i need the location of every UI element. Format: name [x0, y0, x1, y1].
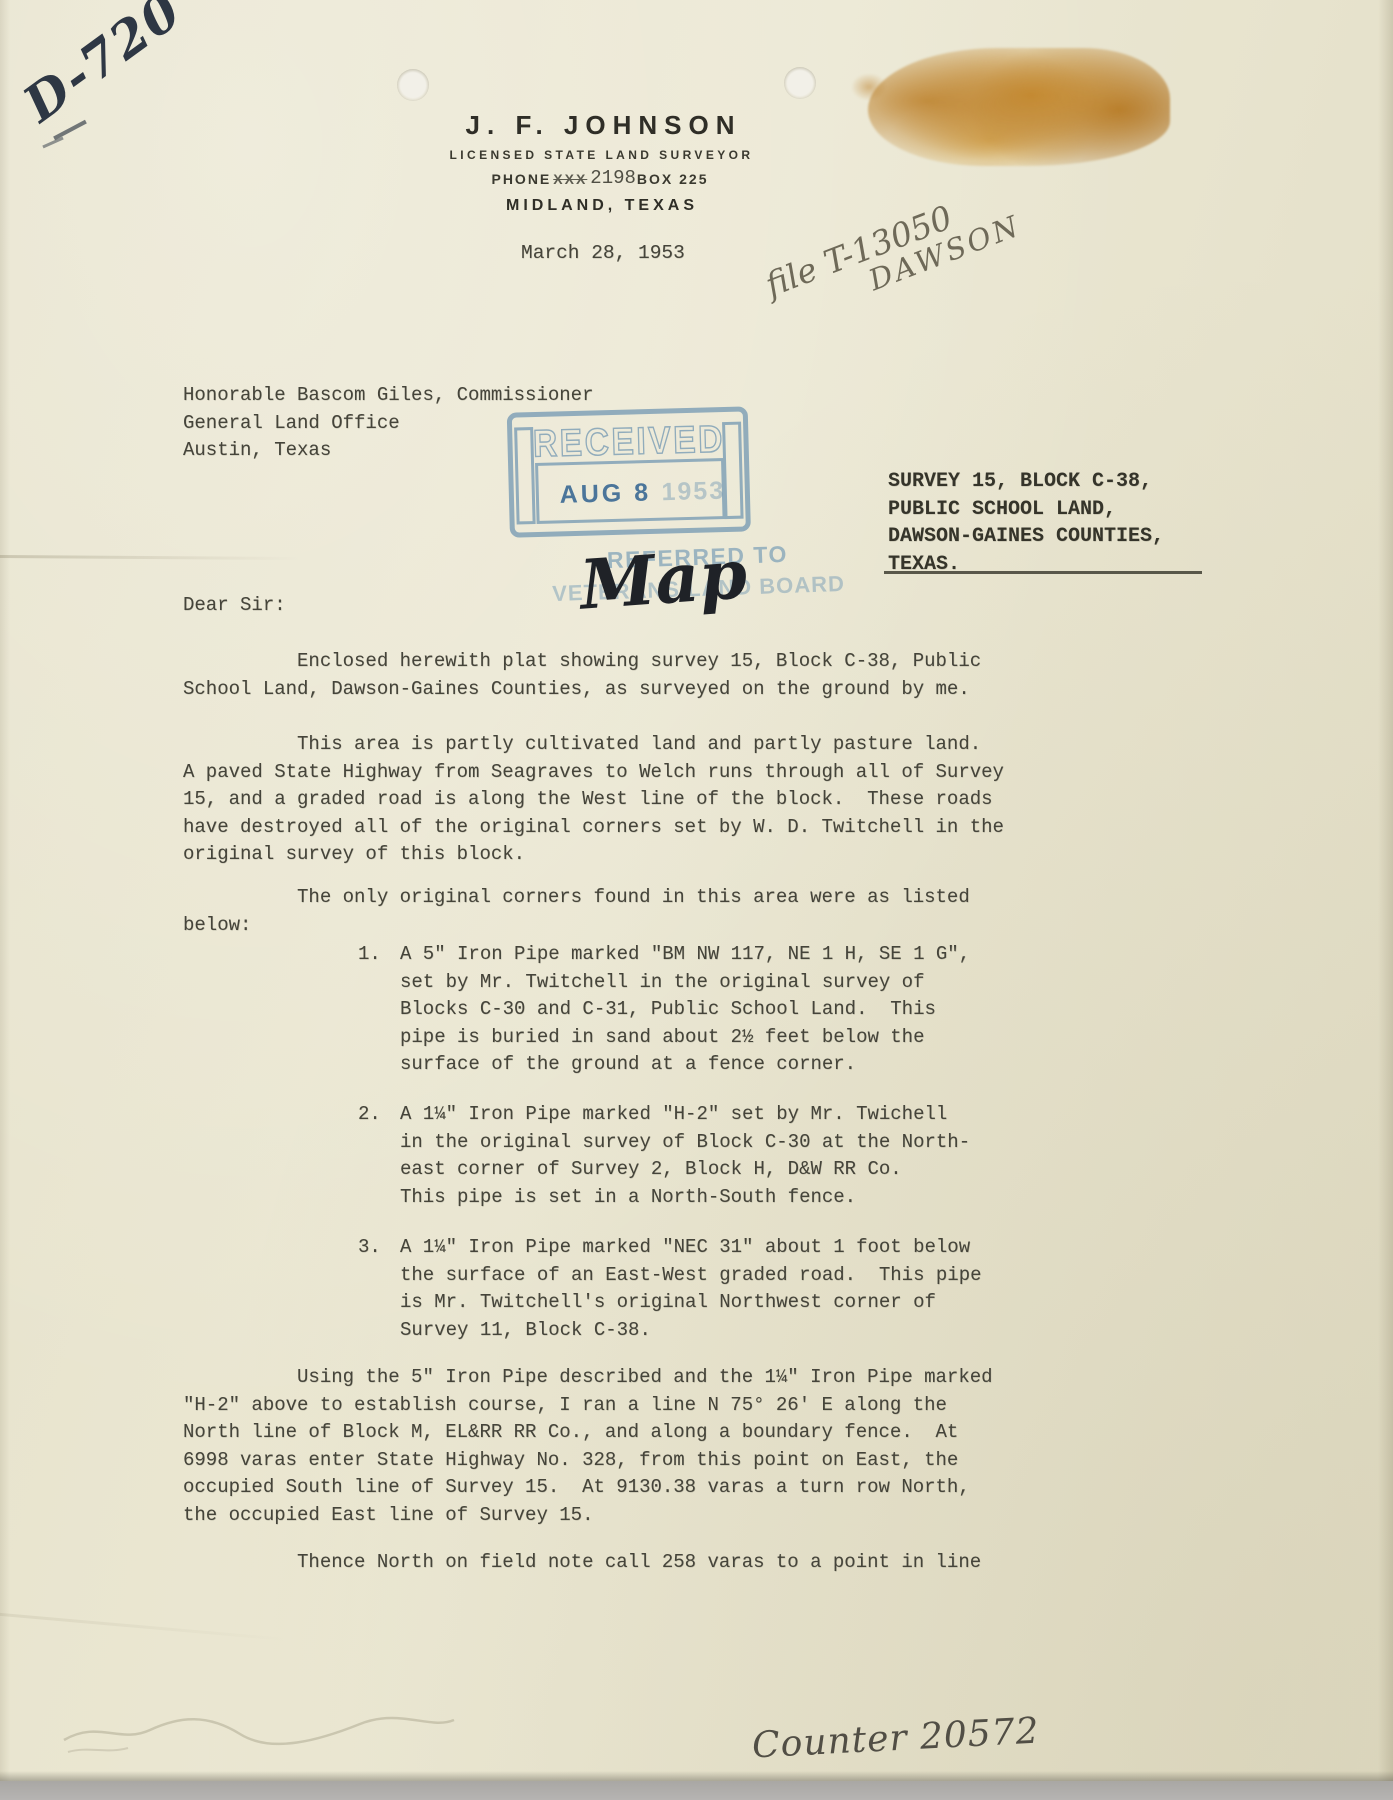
- letterhead-city: MIDLAND, TEXAS: [350, 197, 850, 215]
- paragraph-4: Using the 5" Iron Pipe described and the…: [183, 1364, 1103, 1529]
- paragraph-2: This area is partly cultivated land and …: [183, 731, 1103, 869]
- text-line: Using the 5" Iron Pipe described and the…: [183, 1364, 1103, 1392]
- text-line: "H-2" above to establish course, I ran a…: [183, 1392, 1103, 1420]
- punch-hole-left: [397, 69, 429, 101]
- address-line: Honorable Bascom Giles, Commissioner: [183, 382, 593, 410]
- text-line: Survey 11, Block C-38.: [400, 1317, 982, 1345]
- map-annotation: Map: [577, 534, 749, 625]
- list-item-lines: A 1¼" Iron Pipe marked "H-2" set by Mr. …: [400, 1101, 970, 1211]
- text-line: set by Mr. Twitchell in the original sur…: [400, 969, 970, 997]
- paper-right-edge-shading: [1378, 0, 1393, 1800]
- scanner-background-strip: [0, 1781, 1393, 1800]
- list-item-3: 3. A 1¼" Iron Pipe marked "NEC 31" about…: [358, 1234, 982, 1344]
- paragraph-1: Enclosed herewith plat showing survey 15…: [183, 648, 1103, 703]
- phone-label: PHONE: [491, 171, 551, 187]
- text-line: have destroyed all of the original corne…: [183, 814, 1103, 842]
- text-line: 6998 varas enter State Highway No. 328, …: [183, 1447, 1103, 1475]
- counter-annotation: Counter 20572: [751, 1711, 1040, 1767]
- text-line: This area is partly cultivated land and …: [183, 731, 1103, 759]
- punch-hole-right: [784, 67, 816, 99]
- paper-crease-line: [0, 1612, 288, 1641]
- paragraph-3: The only original corners found in this …: [183, 884, 1103, 939]
- text-line: A paved State Highway from Seagraves to …: [183, 759, 1103, 787]
- text-line: is Mr. Twitchell's original Northwest co…: [400, 1289, 982, 1317]
- paper-left-edge-shading: [0, 0, 10, 1800]
- scribble-stroke: [64, 1718, 454, 1744]
- phone-struck-digits: XXX: [553, 171, 587, 187]
- subject-block: SURVEY 15, BLOCK C-38,PUBLIC SCHOOL LAND…: [888, 468, 1164, 578]
- ochre-stain: [868, 48, 1170, 166]
- text-line: below:: [183, 912, 1103, 940]
- list-item-number: 1.: [358, 941, 400, 1079]
- text-line: east corner of Survey 2, Block H, D&W RR…: [400, 1156, 970, 1184]
- date-line: March 28, 1953: [521, 240, 685, 268]
- text-line: A 5" Iron Pipe marked "BM NW 117, NE 1 H…: [400, 941, 970, 969]
- list-item-2: 2. A 1¼" Iron Pipe marked "H-2" set by M…: [358, 1101, 970, 1211]
- received-stamp: RECEIVED AUG 8 1953: [503, 401, 759, 558]
- text-line: occupied South line of Survey 15. At 913…: [183, 1474, 1103, 1502]
- scribble-stroke: [68, 1748, 128, 1752]
- list-item-number: 3.: [358, 1234, 400, 1344]
- received-stamp-left-tab: [516, 429, 534, 523]
- text-line: The only original corners found in this …: [183, 884, 1103, 912]
- salutation: Dear Sir:: [183, 592, 286, 620]
- phone-line: PHONEXXX 2198 BOX 225: [350, 168, 850, 190]
- corner-code-underline: [42, 137, 63, 149]
- text-line: Enclosed herewith plat showing survey 15…: [183, 648, 1103, 676]
- surveyor-name: J. F. JOHNSON: [350, 110, 850, 141]
- received-stamp-word: RECEIVED: [533, 419, 726, 466]
- text-line: A 1¼" Iron Pipe marked "NEC 31" about 1 …: [400, 1234, 982, 1262]
- subject-underline: [884, 571, 1202, 574]
- box-number: BOX 225: [637, 171, 709, 187]
- text-line: Blocks C-30 and C-31, Public School Land…: [400, 996, 970, 1024]
- received-stamp-month-day: AUG 8: [559, 478, 651, 508]
- text-line: 15, and a graded road is along the West …: [183, 786, 1103, 814]
- text-line: This pipe is set in a North-South fence.: [400, 1184, 970, 1212]
- received-stamp-right-tab: [724, 423, 742, 517]
- subject-line: DAWSON-GAINES COUNTIES,: [888, 523, 1164, 551]
- list-item-lines: A 1¼" Iron Pipe marked "NEC 31" about 1 …: [400, 1234, 982, 1344]
- text-line: surface of the ground at a fence corner.: [400, 1051, 970, 1079]
- faint-pencil-scribble: [58, 1698, 458, 1762]
- text-line: Thence North on field note call 258 vara…: [183, 1549, 1103, 1577]
- phone-number-typed: 2198: [590, 167, 636, 189]
- text-line: the surface of an East-West graded road.…: [400, 1262, 982, 1290]
- text-line: the occupied East line of Survey 15.: [183, 1502, 1103, 1530]
- text-line: in the original survey of Block C-30 at …: [400, 1129, 970, 1157]
- scanned-letter-page: D-720 J. F. JOHNSON LICENSED STATE LAND …: [0, 0, 1393, 1800]
- text-line: pipe is buried in sand about 2½ feet bel…: [400, 1024, 970, 1052]
- subject-line: PUBLIC SCHOOL LAND,: [888, 496, 1164, 524]
- text-line: A 1¼" Iron Pipe marked "H-2" set by Mr. …: [400, 1101, 970, 1129]
- subject-line: SURVEY 15, BLOCK C-38,: [888, 468, 1164, 496]
- text-line: North line of Block M, EL&RR RR Co., and…: [183, 1419, 1103, 1447]
- text-line: original survey of this block.: [183, 841, 1103, 869]
- paragraph-5: Thence North on field note call 258 vara…: [183, 1549, 1103, 1577]
- corner-code-annotation: D-720: [13, 0, 193, 133]
- list-item-lines: A 5" Iron Pipe marked "BM NW 117, NE 1 H…: [400, 941, 970, 1079]
- surveyor-title: LICENSED STATE LAND SURVEYOR: [350, 148, 850, 162]
- letterhead: J. F. JOHNSON LICENSED STATE LAND SURVEY…: [350, 110, 850, 215]
- received-stamp-year: 1953: [661, 477, 725, 507]
- text-line: School Land, Dawson-Gaines Counties, as …: [183, 676, 1103, 704]
- paper-crease-line: [0, 555, 300, 560]
- list-item-1: 1. A 5" Iron Pipe marked "BM NW 117, NE …: [358, 941, 970, 1079]
- list-item-number: 2.: [358, 1101, 400, 1211]
